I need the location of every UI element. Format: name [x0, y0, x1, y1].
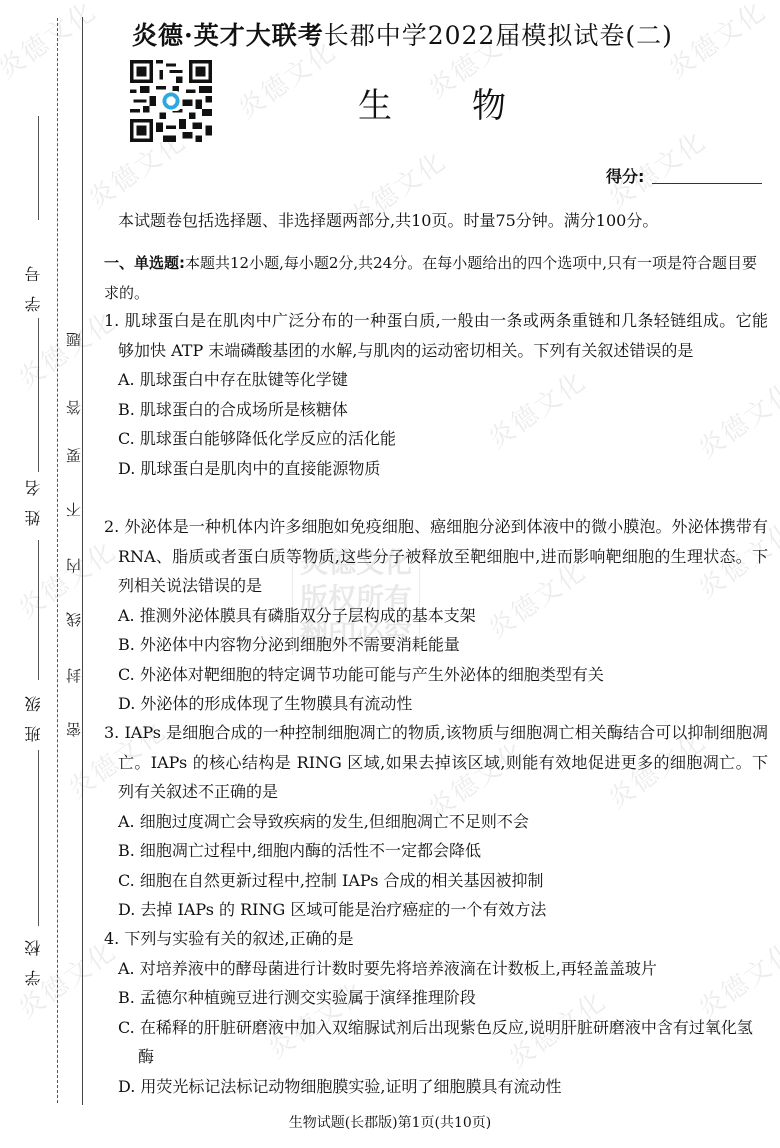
page-footer: 生物试题(长郡版)第1页(共10页): [0, 1112, 780, 1132]
exam-title: 炎德·英才大联考长郡中学2022届模拟试卷(二): [132, 16, 673, 52]
option-d[interactable]: D. 去掉 IAPs 的 RING 区域可能是治疗癌症的一个有效方法: [104, 895, 768, 925]
name-field-line[interactable]: [38, 318, 39, 472]
question-stem: 2. 外泌体是一种机体内许多细胞如免疫细胞、癌细胞分泌到体液中的微小膜泡。外泌体…: [104, 512, 768, 601]
class-field-line[interactable]: [38, 540, 39, 680]
exam-title-school: 长郡中学2022届模拟试卷(二): [324, 21, 673, 50]
name-label: 姓名: [22, 466, 45, 526]
school-field-line[interactable]: [38, 750, 39, 926]
option-d[interactable]: D. 用荧光标记法标记动物细胞膜实验,证明了细胞膜具有流动性: [104, 1072, 768, 1102]
option-a[interactable]: A. 对培养液中的酵母菌进行计数时要先将培养液滴在计数板上,再轻盖盖玻片: [104, 954, 768, 984]
option-a[interactable]: A. 细胞过度凋亡会导致疾病的发生,但细胞凋亡不足则不会: [104, 807, 768, 837]
question-stem: 3. IAPs 是细胞合成的一种控制细胞凋亡的物质,该物质与细胞凋亡相关酶结合可…: [104, 718, 768, 807]
option-b[interactable]: B. 外泌体中内容物分泌到细胞外不需要消耗能量: [104, 630, 768, 660]
question-1: 1. 肌球蛋白是在肌肉中广泛分布的一种蛋白质,一般由一条或两条重链和几条轻链组成…: [104, 306, 768, 483]
question-3: 3. IAPs 是细胞合成的一种控制细胞凋亡的物质,该物质与细胞凋亡相关酶结合可…: [104, 718, 768, 925]
cut-line: [57, 18, 58, 1103]
exam-title-brand: 炎德·英才大联考: [132, 21, 324, 50]
question-stem: 4. 下列与实验有关的叙述,正确的是: [104, 924, 768, 954]
question-4: 4. 下列与实验有关的叙述,正确的是 A. 对培养液中的酵母菌进行计数时要先将培…: [104, 924, 768, 1101]
option-a[interactable]: A. 肌球蛋白中存在肽键等化学键: [104, 365, 768, 395]
seal-char: 不: [63, 502, 84, 517]
student-id-label: 学号: [22, 252, 45, 312]
qr-code-icon[interactable]: [130, 60, 212, 142]
option-b[interactable]: B. 细胞凋亡过程中,细胞内酶的活性不一定都会降低: [104, 836, 768, 866]
option-b[interactable]: B. 孟德尔种植豌豆进行测交实验属于演绎推理阶段: [104, 983, 768, 1013]
score-field-line[interactable]: [652, 183, 762, 184]
student-id-field-line[interactable]: [38, 116, 39, 220]
section-label: 一、单选题:: [104, 254, 185, 272]
class-label: 班级: [22, 682, 45, 742]
score-label: 得分:: [606, 164, 644, 187]
question-2: 2. 外泌体是一种机体内许多细胞如免疫细胞、癌细胞分泌到体液中的微小膜泡。外泌体…: [104, 512, 768, 719]
watermark-text: 炎德文化: [660, 0, 773, 86]
seal-char: 要: [63, 448, 84, 463]
option-a[interactable]: A. 推测外泌体膜具有磷脂双分子层构成的基本支架: [104, 601, 768, 631]
exam-instructions: 本试题卷包括选择题、非选择题两部分,共10页。时量75分钟。满分100分。: [118, 208, 658, 231]
option-c[interactable]: C. 肌球蛋白能够降低化学反应的活化能: [104, 424, 768, 454]
seal-char: 密: [63, 722, 84, 737]
binding-margin: 学号 姓名 班级 学校 题 答 要 不 内 线 封 密: [0, 0, 100, 1148]
seal-char: 内: [63, 558, 84, 573]
seal-char: 线: [63, 612, 84, 627]
option-c[interactable]: C. 外泌体对靶细胞的特定调节功能可能与产生外泌体的细胞类型有关: [104, 660, 768, 690]
option-d[interactable]: D. 肌球蛋白是肌肉中的直接能源物质: [104, 454, 768, 484]
option-c[interactable]: C. 在稀释的肝脏研磨液中加入双缩脲试剂后出现紫色反应,说明肝脏研磨液中含有过氧…: [104, 1013, 768, 1072]
seal-char: 答: [63, 400, 84, 415]
section-description: 本题共12小题,每小题2分,共24分。在每小题给出的四个选项中,只有一项是符合题…: [104, 254, 757, 302]
seal-char: 题: [63, 332, 84, 347]
school-label: 学校: [22, 926, 45, 986]
section-heading: 一、单选题:本题共12小题,每小题2分,共24分。在每小题给出的四个选项中,只有…: [104, 248, 768, 308]
option-c[interactable]: C. 细胞在自然更新过程中,控制 IAPs 合成的相关基因被抑制: [104, 866, 768, 896]
question-stem: 1. 肌球蛋白是在肌肉中广泛分布的一种蛋白质,一般由一条或两条重链和几条轻链组成…: [104, 306, 768, 365]
option-b[interactable]: B. 肌球蛋白的合成场所是核糖体: [104, 395, 768, 425]
option-d[interactable]: D. 外泌体的形成体现了生物膜具有流动性: [104, 689, 768, 719]
seal-char: 封: [63, 668, 84, 683]
subject-title: 生物: [358, 78, 586, 127]
